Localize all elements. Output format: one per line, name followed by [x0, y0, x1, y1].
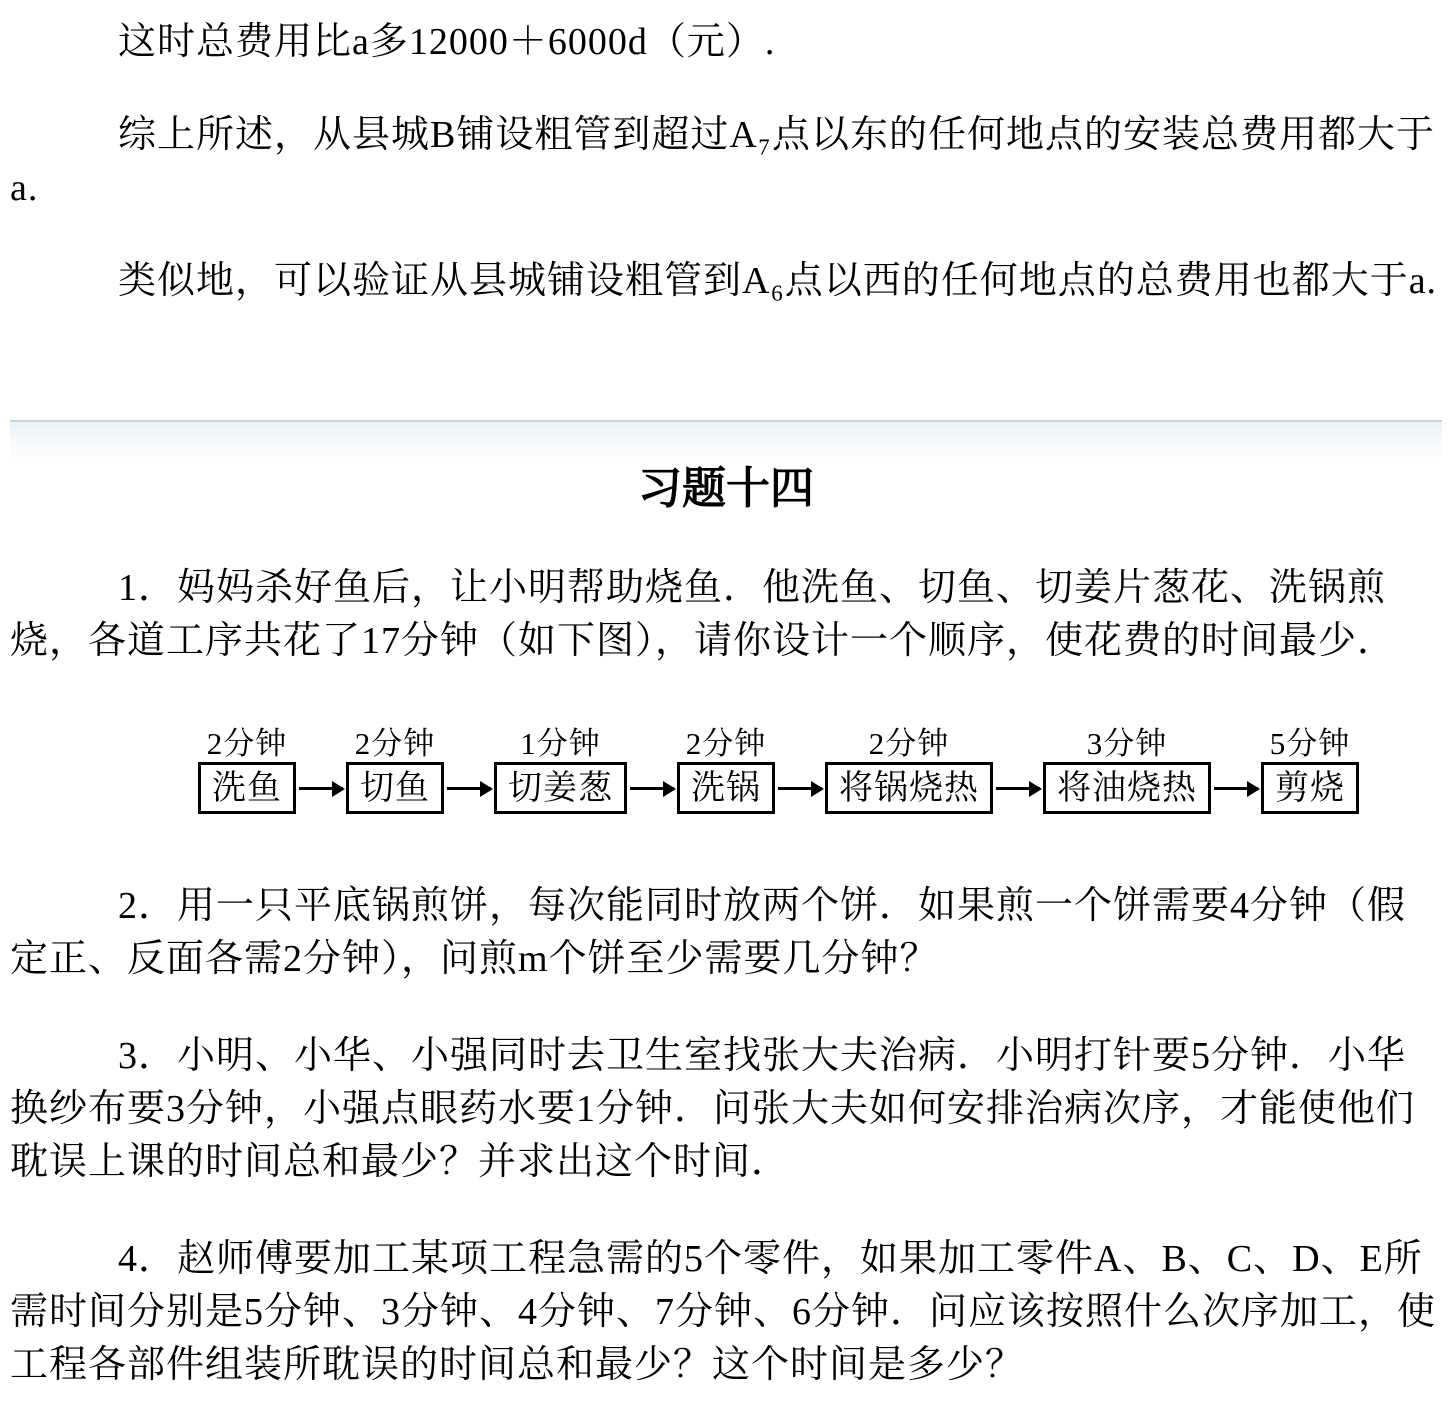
step-time-label: 1分钟	[520, 726, 601, 762]
step-box: 将油烧热	[1043, 762, 1211, 814]
document-page: 这时总费用比a多12000＋6000d（元）. 综上所述，从县城B铺设粗管到超过…	[0, 0, 1452, 1392]
problem-1-text: 1．妈妈杀好鱼后，让小明帮助烧鱼．他洗鱼、切鱼、切姜片葱花、洗锅煎烧，各道工序共…	[10, 562, 1442, 668]
flowchart-step-cut-fish: 2分钟 切鱼	[346, 726, 444, 814]
flowchart-step-fry: 5分钟 剪烧	[1261, 726, 1359, 814]
section-divider	[10, 420, 1442, 464]
step-time-label: 2分钟	[686, 726, 767, 762]
problem-3-text: 3．小明、小华、小强同时去卫生室找张大夫治病．小明打针要5分钟．小华换纱布要3分…	[10, 1030, 1442, 1189]
flowchart-step-heat-oil: 3分钟 将油烧热	[1043, 726, 1211, 814]
problem-4-text: 4．赵师傅要加工某项工程急需的5个零件，如果加工零件A、B、C、D、E所需时间分…	[10, 1233, 1442, 1392]
problem-2-text: 2．用一只平底锅煎饼，每次能同时放两个饼．如果煎一个饼需要4分钟（假定正、反面各…	[10, 880, 1442, 986]
flowchart-step-wash-fish: 2分钟 洗鱼	[198, 726, 296, 814]
step-box: 切姜葱	[494, 762, 627, 814]
step-time-label: 2分钟	[869, 726, 950, 762]
step-box: 洗锅	[677, 762, 775, 814]
arrow-right-icon	[996, 787, 1040, 790]
cooking-steps-flowchart: 2分钟 洗鱼 2分钟 切鱼 1分钟 切姜葱 2分钟 洗锅 2分钟 将锅烧热	[10, 712, 1442, 820]
intro-paragraph-3: 类似地，可以验证从县城铺设粗管到A₆点以西的任何地点的总费用也都大于a.	[10, 255, 1442, 308]
arrow-right-icon	[630, 787, 674, 790]
step-box: 剪烧	[1261, 762, 1359, 814]
arrow-right-icon	[299, 787, 343, 790]
step-box: 切鱼	[346, 762, 444, 814]
flowchart-step-cut-ginger: 1分钟 切姜葱	[494, 726, 627, 814]
intro-section: 这时总费用比a多12000＋6000d（元）. 综上所述，从县城B铺设粗管到超过…	[10, 0, 1442, 308]
step-box: 洗鱼	[198, 762, 296, 814]
step-time-label: 3分钟	[1087, 726, 1168, 762]
flowchart-step-heat-pan: 2分钟 将锅烧热	[825, 726, 993, 814]
step-box: 将锅烧热	[825, 762, 993, 814]
flowchart-step-wash-pan: 2分钟 洗锅	[677, 726, 775, 814]
step-time-label: 2分钟	[355, 726, 436, 762]
intro-paragraph-1: 这时总费用比a多12000＋6000d（元）.	[10, 16, 1442, 69]
arrow-right-icon	[1214, 787, 1258, 790]
arrow-right-icon	[778, 787, 822, 790]
step-time-label: 5分钟	[1270, 726, 1351, 762]
arrow-right-icon	[447, 787, 491, 790]
problems-section: 1．妈妈杀好鱼后，让小明帮助烧鱼．他洗鱼、切鱼、切姜片葱花、洗锅煎烧，各道工序共…	[10, 562, 1442, 1392]
section-title: 习题十四	[10, 464, 1442, 514]
step-time-label: 2分钟	[207, 726, 288, 762]
intro-paragraph-2: 综上所述，从县城B铺设粗管到超过A₇点以东的任何地点的安装总费用都大于a.	[10, 109, 1442, 215]
